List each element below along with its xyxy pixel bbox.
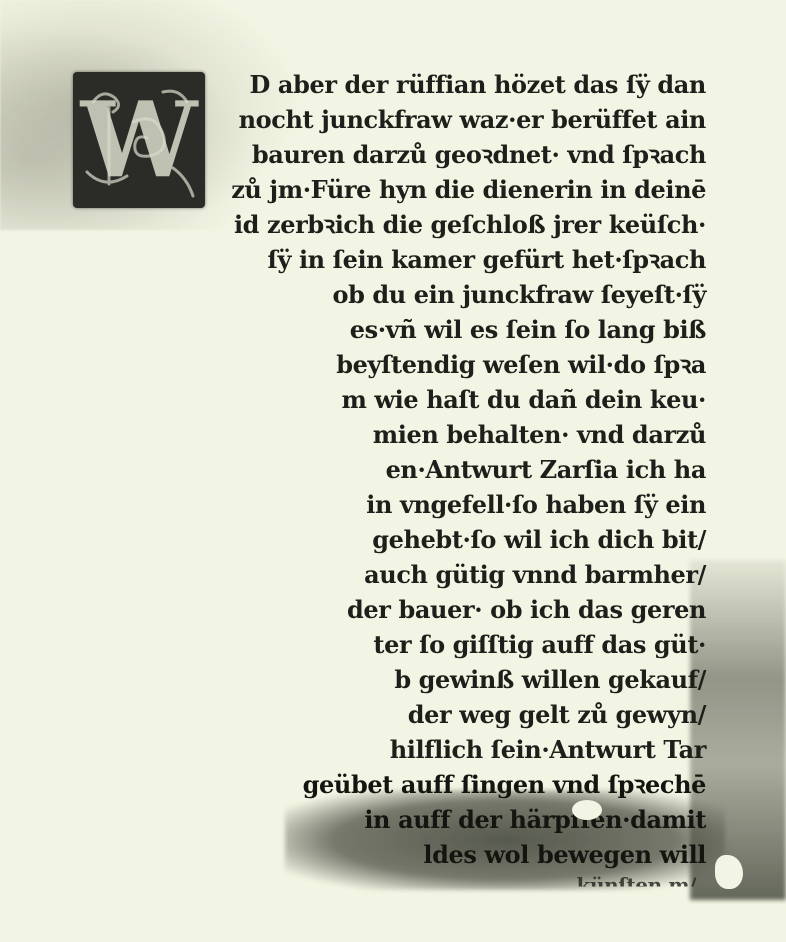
paper-hole	[715, 855, 743, 889]
text-line: gehebt·ſo wil ich dich bit/	[372, 525, 706, 555]
text-line: der bauer· ob ich das geren	[347, 595, 706, 625]
text-line: hilflich ſein·Antwurt Tar	[390, 735, 706, 765]
text-line: en·Antwurt Zarſia ich ha	[386, 455, 706, 485]
text-line: der weg gelt zů gewyn/	[408, 700, 706, 730]
text-line: in vngefell·ſo haben ſÿ ein	[366, 490, 706, 520]
text-line: zů jm·Füre hyn die dienerin in deinē	[231, 175, 706, 205]
text-line: b gewinß willen gekauf/	[394, 665, 706, 695]
text-line: auch gütig vnnd barmher/	[364, 560, 706, 590]
text-line: ldes wol bewegen will	[423, 840, 706, 870]
text-line: geübet auff ſingen vnd ſpꝛechē	[303, 770, 706, 800]
text-line: es·vñ wil es ſein ſo lang biß	[350, 315, 706, 345]
text-line: nocht junckfraw waz·er berüffet ain	[239, 105, 706, 135]
initial-glyph: W	[81, 88, 198, 192]
paper-hole	[572, 800, 602, 820]
text-line: ſÿ in ſein kamer gefürt het·ſpꝛach	[268, 245, 706, 275]
text-line: bauren darzů geoꝛdnet· vnd ſpꝛach	[252, 140, 706, 170]
text-line: D aber der rüffian hözet das ſÿ dan	[250, 70, 706, 100]
text-line: beyſtendig weſen wil·do ſpꝛa	[336, 350, 706, 380]
text-line: in auff der härpffen·damit	[364, 805, 706, 835]
text-line: id zerbꝛich die geſchloß jrer keüſch·	[234, 210, 706, 240]
decorated-initial-letter: W	[73, 72, 205, 208]
text-line: mien behalten· vnd darzů	[373, 420, 706, 450]
text-line: m wie haſt du dañ dein keu·	[341, 385, 706, 415]
scanned-page: W D aber der rüffian hözet das ſÿ dan no…	[0, 0, 786, 942]
text-line-cut: künſten m/	[577, 870, 696, 900]
text-line: ob du ein junckfraw ſeyeſt·ſÿ	[332, 280, 706, 310]
text-line: ter ſo giſſtig auff das güt·	[373, 630, 706, 660]
